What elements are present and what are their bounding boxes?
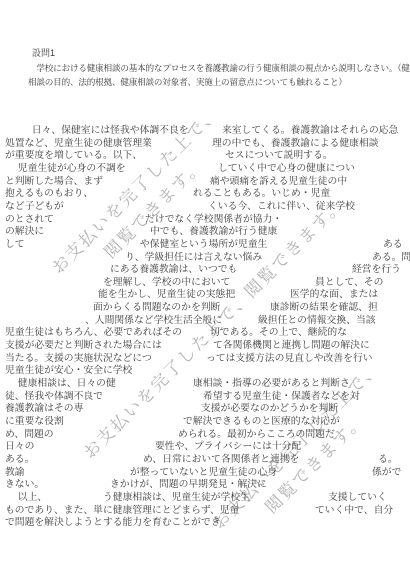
text-line: 抱えるものもおり、れることもある。いじめ・児童 [0, 185, 410, 197]
text-line: り、学級担任には言えない悩みある。問 [0, 249, 410, 261]
text-line: 日々、保健室には怪我や体調不良を来室してくる。養護教諭はそれらの応急 [0, 122, 410, 134]
text-line: 支援が必要だと判断された場合にはて各関係機関と連携し問題の解決に [0, 337, 410, 349]
text-line: め、問題のめられる。最初からこころの問題だ [0, 426, 410, 438]
text-line: 健康相談は、日々の健康相談・指導の必要があると判断さ [0, 375, 410, 387]
text-line: 面からくる問題なのかを判断康診断の結果を確認、担 [0, 299, 410, 311]
text-line: 当たる。支援の実施状況などにつっては支援方法の見直しや改善を行い [0, 350, 410, 362]
text-line: してや保健室という場所が児童生ある [0, 236, 410, 248]
text-line: 児童生徒が安心・安全に学校 [0, 362, 410, 374]
text-line: ものであり、また、単に健康管理にとどまらず、児童ていく中で、自分 [0, 502, 410, 514]
text-line: 日々の要性や、プライバシーには十分配 [0, 438, 410, 450]
question-text-line-1: 学校における健康相談の基本的なプロセスを養護教諭の行う健康相談の視点から説明しな… [28, 62, 410, 74]
text-line: 能を生かし、児童生徒の実態把医学的な面、または [0, 286, 410, 298]
text-line: が重要度を増している。以下、セスについて説明する。 [0, 147, 410, 159]
question-text-line-2: 相談の目的、法的根拠、健康相談の対象者、実施上の留意点についても触れること） [28, 76, 347, 88]
question-number: 設問1 [32, 46, 55, 59]
text-line: 以上、う健康相談は、児童生徒が学校生支援していく [0, 489, 410, 501]
text-line: ある。め、日常において各関係者と連携をる。 [0, 451, 410, 463]
text-line: と判断した場合、まず痛や頭痛を訴える児童生徒の中 [0, 173, 410, 185]
text-line: 徒、怪我や体調不良で希望する児童生徒・保護者などを対 [0, 388, 410, 400]
text-fragment: で問題を解決しようとする能力を育むことができ [5, 514, 221, 528]
text-line: で問題を解決しようとする能力を育むことができ [0, 514, 410, 526]
text-layer: 設問1 学校における健康相談の基本的なプロセスを養護教諭の行う健康相談の視点から… [0, 0, 410, 580]
text-line: を理解し、学校の中において員として、その [0, 274, 410, 286]
document-page: お支払いを完了した上で、閲覧できます。お支払いを完了した上で、閲覧できます。お支… [0, 0, 410, 580]
text-line: 児童生徒はもちろん、必要であればその切である。その上で、継続的な [0, 324, 410, 336]
text-line: 処置など、児童生徒の健康管理業理の中でも、養護教諭による健康相談 [0, 135, 410, 147]
text-line: にある養護教諭は、いつでも経営を行う [0, 261, 410, 273]
text-line: 教諭が整っていないと児童生徒の心身係がで [0, 464, 410, 476]
text-line: の解決に中でも、養護教諭が行う健康 [0, 223, 410, 235]
text-line: 養護教諭はその専支援が必要なのかどうかを判断 [0, 400, 410, 412]
text-line: に重要な役割で解決できるものと医療的な対応が [0, 413, 410, 425]
text-line: きない。きかけが、問題の早期発見・解決に [0, 476, 410, 488]
text-line: 児童生徒が心身の不調をしていく中で心身の健康につい [0, 160, 410, 172]
text-line: 、人間関係など学校生活全般に級担任との情報交換、当該 [0, 312, 410, 324]
text-line: のとされてだけでなく学校関係者が協力・ [0, 211, 410, 223]
text-line: など子どもがくいる今、これに伴い、従来学校 [0, 198, 410, 210]
